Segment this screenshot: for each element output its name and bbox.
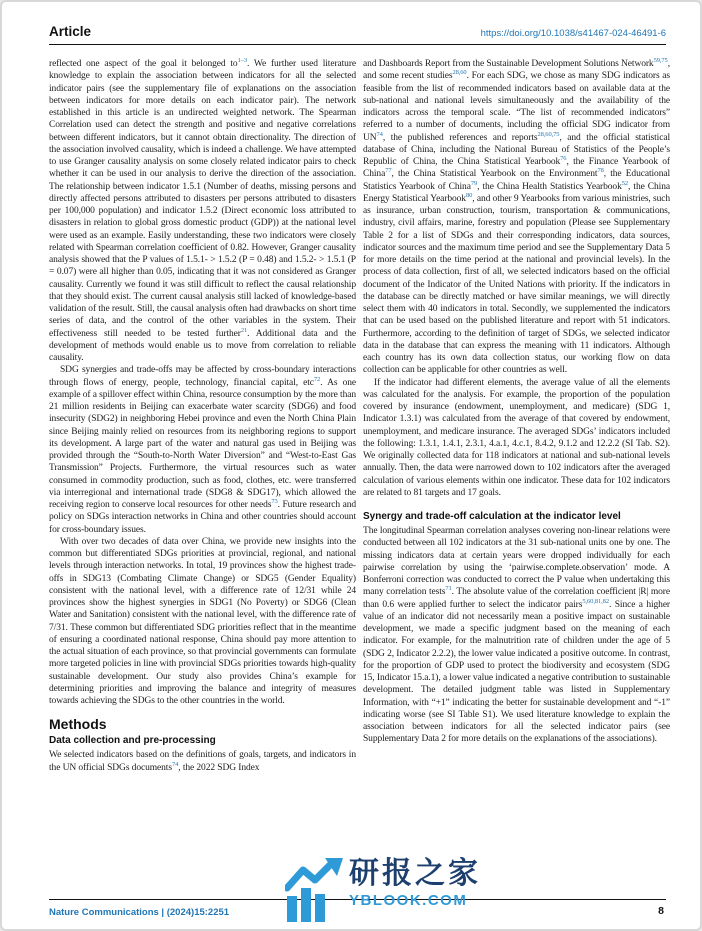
rising-bar-chart-arrow-icon [285,858,343,924]
paragraph: With over two decades of data over China… [49,536,356,708]
journal-citation: Nature Communications | (2024)15:2251 [49,907,229,918]
article-body: reflected one aspect of the goal it belo… [49,58,670,896]
methods-section-heading: Methods [49,716,356,732]
watermark-chinese-name: 研报之家 [349,858,481,890]
page-number: 8 [658,905,664,917]
paragraph: SDG synergies and trade-offs may be affe… [49,364,356,536]
left-column: reflected one aspect of the goal it belo… [49,58,356,896]
right-column: and Dashboards Report from the Sustainab… [363,58,670,896]
paper-page: Article https://doi.org/10.1038/s41467-0… [0,0,702,931]
paragraph: If the indicator had different elements,… [363,377,670,500]
paragraph: and Dashboards Report from the Sustainab… [363,58,670,377]
data-collection-subheading: Data collection and pre-processing [49,735,356,747]
doi-link[interactable]: https://doi.org/10.1038/s41467-024-46491… [481,28,666,39]
paragraph: reflected one aspect of the goal it belo… [49,58,356,364]
synergy-tradeoff-subheading: Synergy and trade-off calculation at the… [363,511,670,523]
page-header: Article https://doi.org/10.1038/s41467-0… [49,24,666,45]
watermark-text: 研报之家 YBLOOK.COM [349,858,481,910]
watermark-site-url: YBLOOK.COM [349,892,467,910]
article-type-label: Article [49,24,91,39]
paragraph: We selected indicators based on the defi… [49,749,356,774]
watermark: 研报之家 YBLOOK.COM [285,858,481,924]
header-rule [49,44,666,45]
spacer [363,499,670,511]
paragraph: The longitudinal Spearman correlation an… [363,525,670,746]
